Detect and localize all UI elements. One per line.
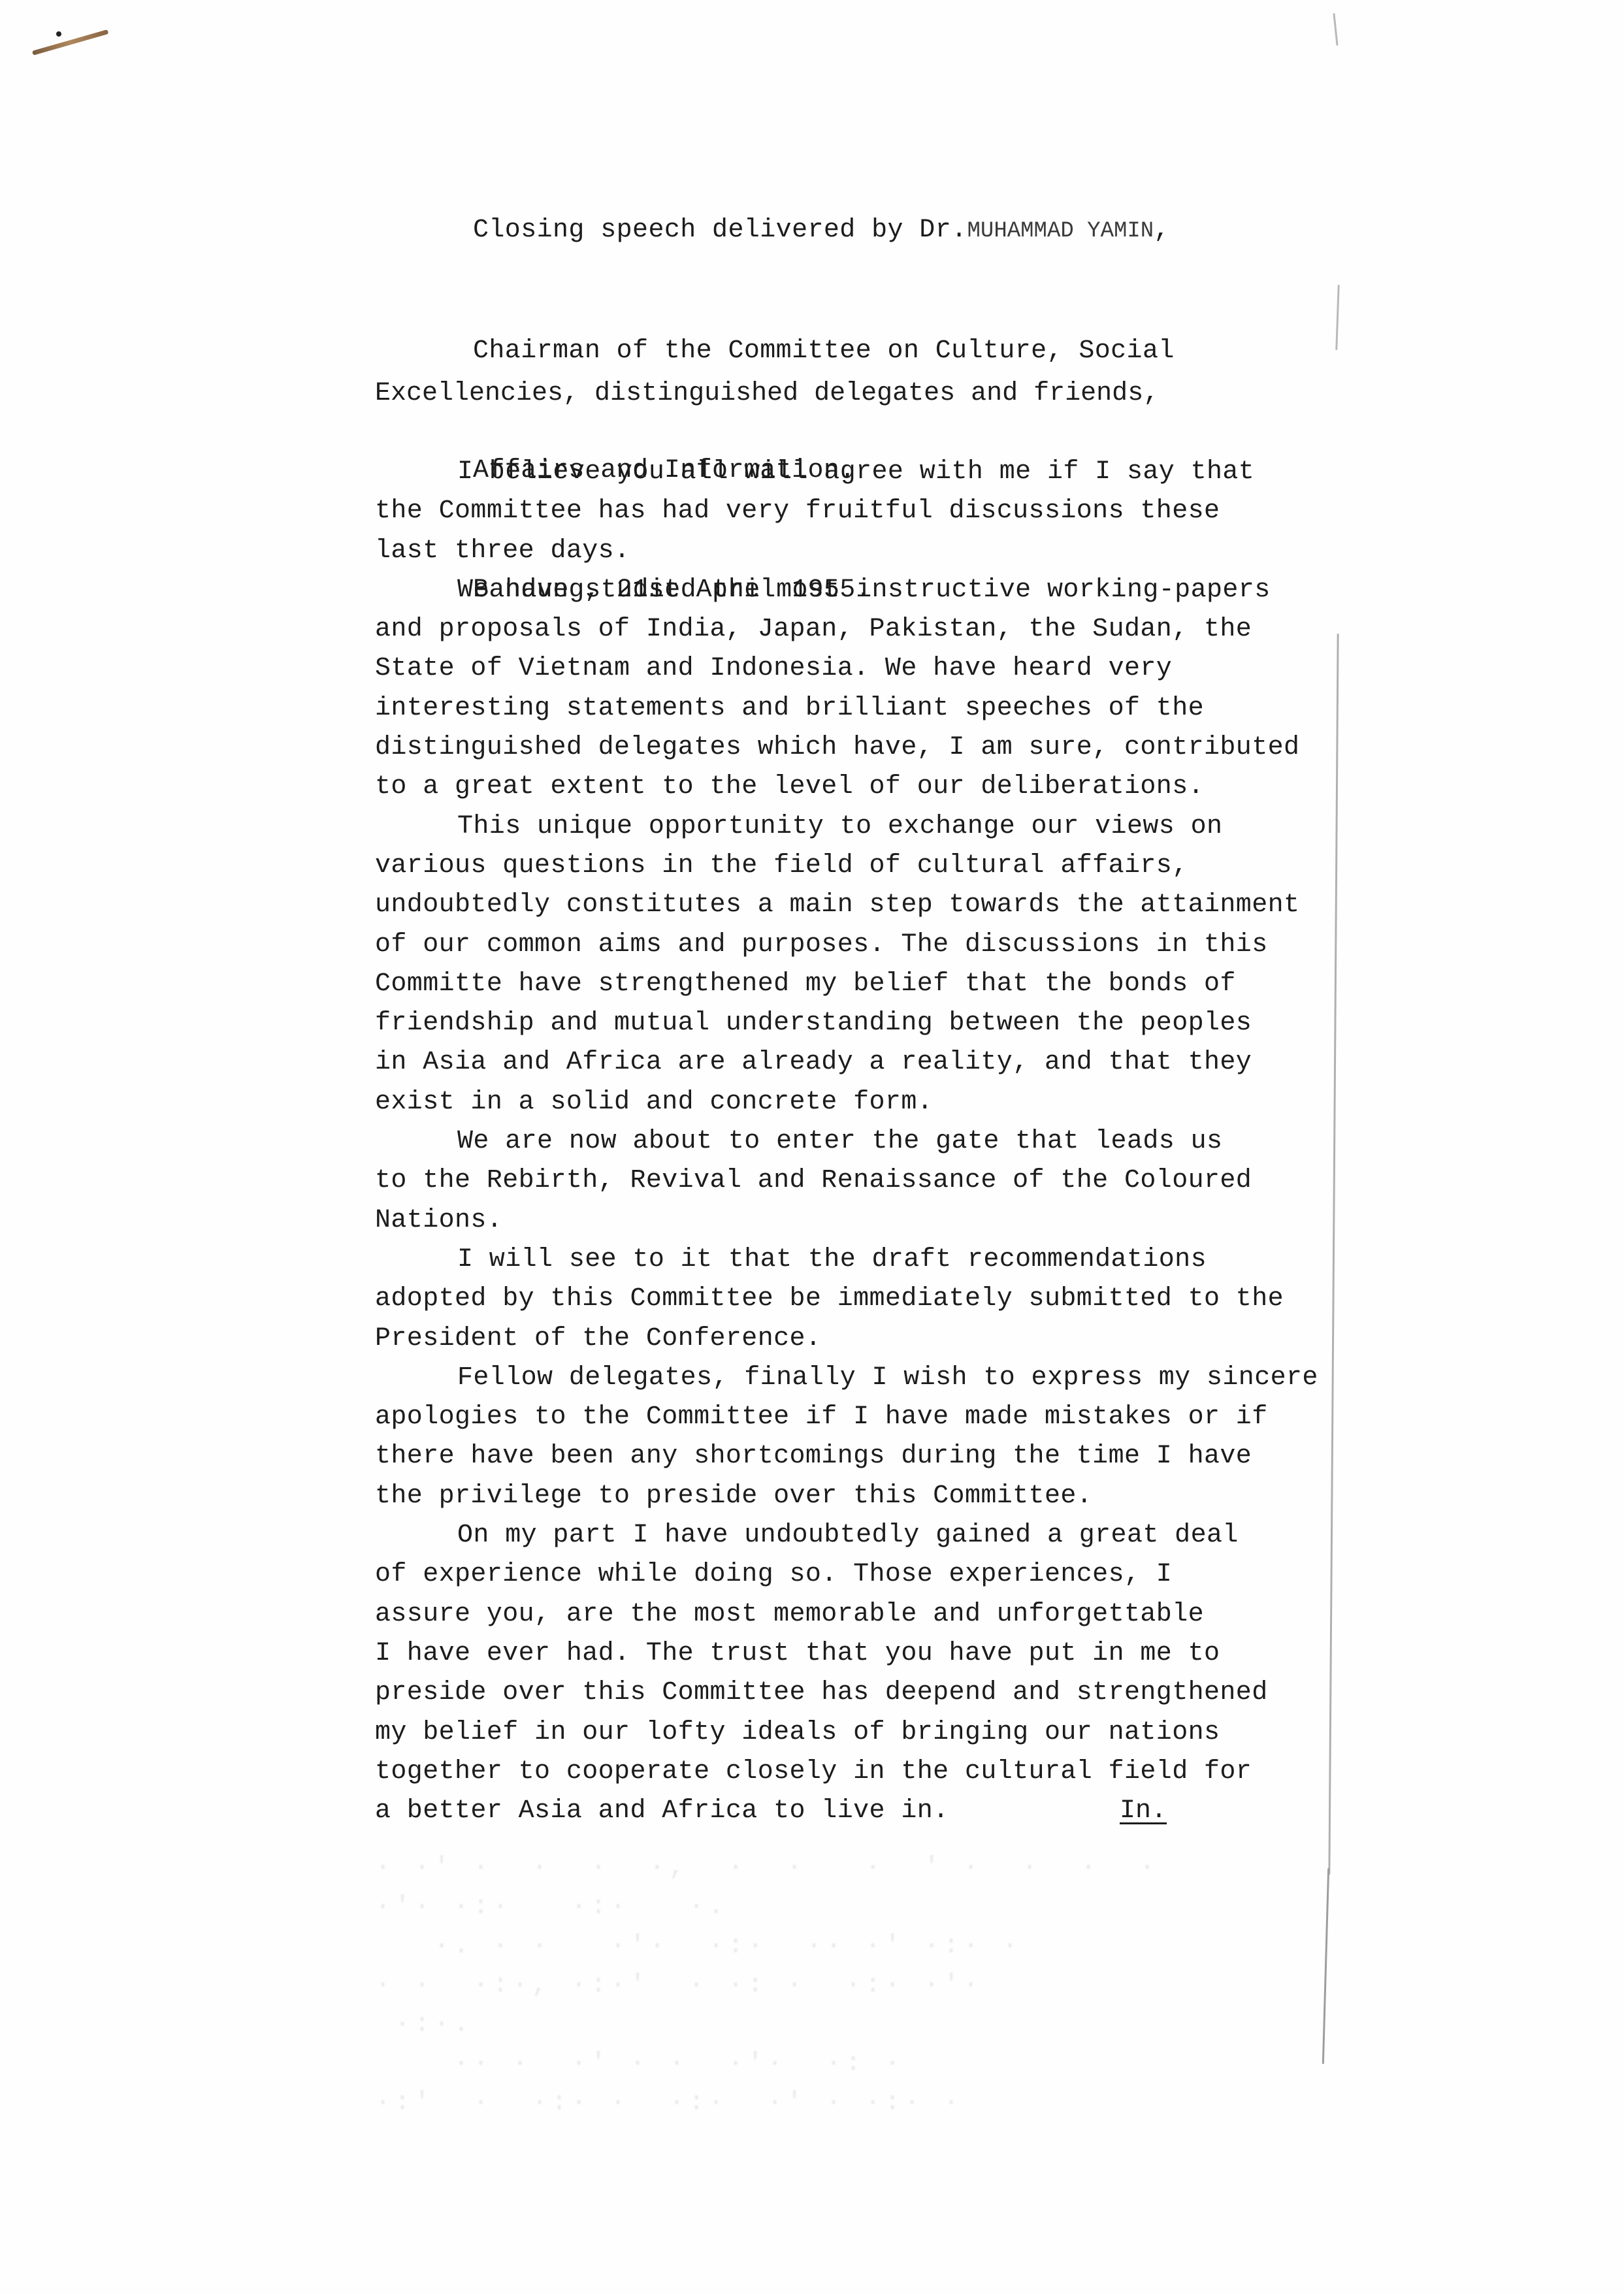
header-prefix: Closing speech delivered by Dr. (473, 216, 967, 245)
speech-line: undoubtedly constitutes a main step towa… (375, 886, 1329, 925)
header-title-line: Closing speech delivered by Dr.MUHAMMAD … (473, 210, 1175, 251)
page-edge-line (1322, 1868, 1329, 2064)
speech-line: distinguished delegates which have, I am… (375, 728, 1329, 767)
header-suffix: , (1154, 216, 1169, 245)
speech-line: adopted by this Committee be immediately… (375, 1280, 1329, 1319)
speech-line: there have been any shortcomings during … (375, 1437, 1329, 1476)
speech-line: interesting statements and brilliant spe… (375, 689, 1329, 728)
page-edge-line (1335, 285, 1339, 350)
page-edge-line (1333, 13, 1338, 46)
speech-line: I will see to it that the draft recommen… (375, 1240, 1329, 1280)
speech-line: assure you, are the most memorable and u… (375, 1595, 1329, 1634)
speech-line: the privilege to preside over this Commi… (375, 1477, 1329, 1516)
speech-line: of our common aims and purposes. The dis… (375, 926, 1329, 965)
speech-line: to a great extent to the level of our de… (375, 767, 1329, 807)
speech-line: various questions in the field of cultur… (375, 847, 1329, 886)
speech-line: State of Vietnam and Indonesia. We have … (375, 649, 1329, 688)
speech-line: together to cooperate closely in the cul… (375, 1753, 1329, 1792)
speech-line: in Asia and Africa are already a reality… (375, 1043, 1329, 1082)
speech-line: We are now about to enter the gate that … (375, 1122, 1329, 1161)
speech-line: President of the Conference. (375, 1319, 1329, 1359)
speech-line: apologies to the Committee if I have mad… (375, 1398, 1329, 1437)
speaker-name: MUHAMMAD YAMIN (967, 219, 1154, 244)
speech-line: my belief in our lofty ideals of bringin… (375, 1713, 1329, 1753)
speech-line: I believe you all will agree with me if … (375, 453, 1329, 492)
speech-line: Nations. (375, 1201, 1329, 1240)
speech-line: last three days. (375, 532, 1329, 571)
staple-mark (32, 29, 108, 56)
speech-line: Committe have strengthened my belief tha… (375, 965, 1329, 1004)
speech-line: This unique opportunity to exchange our … (375, 807, 1329, 847)
speech-line: On my part I have undoubtedly gained a g… (375, 1516, 1329, 1555)
catchword: In. (1120, 1795, 1167, 1828)
speech-line: a better Asia and Africa to live in. (375, 1792, 1329, 1831)
ink-dot-mark (56, 31, 61, 37)
speech-line: I have ever had. The trust that you have… (375, 1634, 1329, 1673)
speech-line: and proposals of India, Japan, Pakistan,… (375, 610, 1329, 649)
header-chairman-line: Chairman of the Committee on Culture, So… (473, 331, 1175, 371)
reverse-side-bleed-through: · ·' · · · ·, · · · ' · · · · ·'· ·:· ·:… (375, 1849, 1290, 2123)
speech-line: the Committee has had very fruitful disc… (375, 492, 1329, 531)
speech-line: Fellow delegates, finally I wish to expr… (375, 1359, 1329, 1398)
speech-line: exist in a solid and concrete form. (375, 1083, 1329, 1122)
speech-line: to the Rebirth, Revival and Renaissance … (375, 1161, 1329, 1201)
speech-line: friendship and mutual understanding betw… (375, 1004, 1329, 1043)
salutation: Excellencies, distinguished delegates an… (375, 374, 1159, 413)
speech-line: preside over this Committee has deepend … (375, 1673, 1329, 1713)
speech-line: We have studied the most instructive wor… (375, 571, 1329, 610)
speech-body: I believe you all will agree with me if … (375, 453, 1329, 1831)
page-edge-line (1328, 634, 1339, 1875)
document-page: Closing speech delivered by Dr.MUHAMMAD … (0, 0, 1624, 2294)
speech-line: of experience while doing so. Those expe… (375, 1555, 1329, 1594)
